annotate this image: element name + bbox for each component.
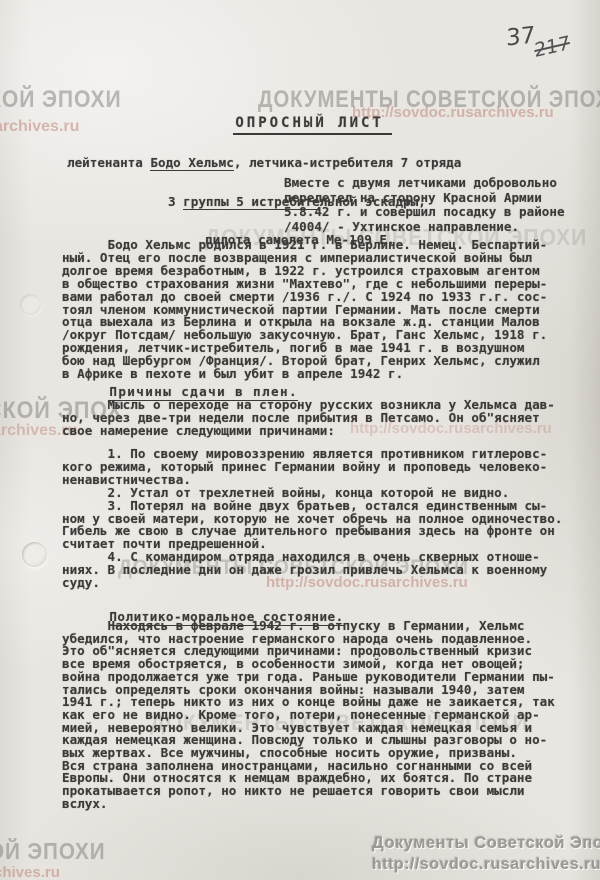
watermark-brand-bottom-right: Документы Советской Эпохи	[372, 834, 600, 853]
biography-paragraph: Бодо Хельмс родился в 1921 г. в Берлине.…	[62, 239, 547, 381]
handwritten-crossed-out-number: 217	[534, 32, 571, 62]
handwritten-page-number: 37	[506, 22, 535, 51]
morale-paragraph: Находясь в феврале 1942 г. в отпуску в Г…	[62, 620, 555, 811]
reasons-numbered-list: 1. По своему мировоззрению является прот…	[62, 448, 562, 590]
watermark-url-bottom-right: http://sovdoc.rusarchives.ru	[372, 856, 600, 874]
watermark-url-fragment-bottom-left: chives.ru	[0, 864, 60, 880]
watermark-brand-fragment-bottom-left: ОЙ ЭПОХИ	[0, 838, 106, 865]
punch-hole-bottom	[22, 542, 47, 567]
punch-hole-top	[20, 294, 41, 315]
scanned-document-page: СКОЙ ЭПОХИ archives.ru ДОКУМЕНТЫ СОВЕТСК…	[0, 0, 600, 880]
subtitle-line-1: лейтенанта Бодо Хельмс, летчика-истребит…	[67, 157, 461, 170]
watermark-brand-fragment-top-left: СКОЙ ЭПОХИ	[0, 86, 122, 114]
underlined-name: Бодо Хельмс	[150, 155, 233, 171]
reasons-lead-paragraph: Мысль о переходе на сторону русских возн…	[62, 399, 555, 438]
intro-paragraph: Вместе с двумя летчиками добровольно пер…	[284, 176, 565, 234]
